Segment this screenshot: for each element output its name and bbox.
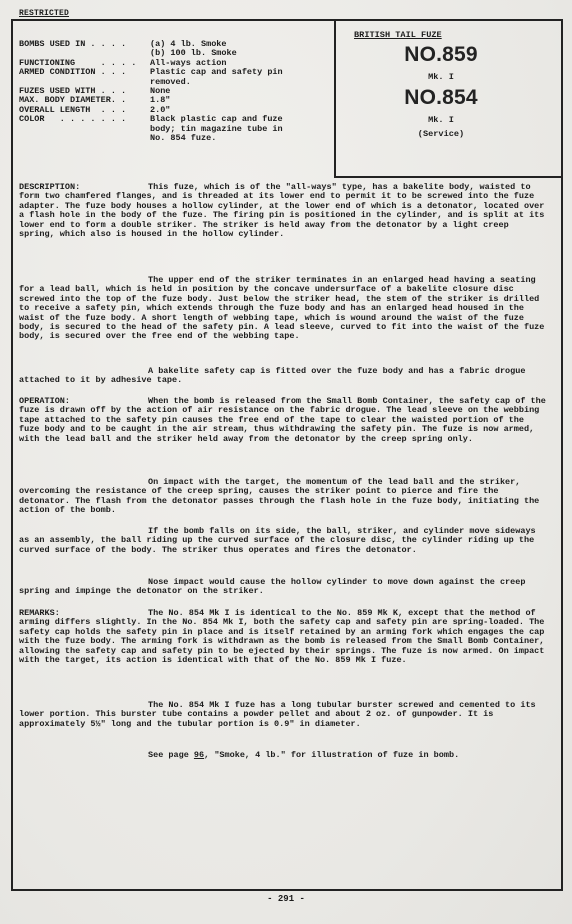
specifications-list: BOMBS USED IN . . . .(a) 4 lb. Smoke(b) …: [19, 40, 320, 143]
operation-paragraph-3: If the bomb falls on its side, the ball,…: [19, 527, 549, 555]
remarks-section: REMARKS: The No. 854 Mk I is identical t…: [19, 609, 549, 665]
page-number: - 291 -: [0, 894, 572, 904]
fuze-number-854: NO.854: [336, 86, 546, 110]
description-paragraph-2: The upper end of the striker terminates …: [19, 276, 549, 342]
description-section-cont2: A bakelite safety cap is fitted over the…: [19, 367, 549, 386]
page-reference-link[interactable]: 96: [194, 750, 204, 760]
remarks-label: REMARKS:: [19, 609, 60, 618]
description-section-cont: The upper end of the striker terminates …: [19, 276, 549, 342]
remarks-paragraph-2: The No. 854 Mk I fuze has a long tubular…: [19, 701, 549, 729]
spec-label: COLOR . . . . . . .: [19, 115, 150, 124]
spec-label: ARMED CONDITION . . .: [19, 68, 150, 77]
description-paragraph-3: A bakelite safety cap is fitted over the…: [19, 367, 549, 386]
operation-section-cont: On impact with the target, the momentum …: [19, 478, 549, 516]
spec-value: None: [150, 87, 320, 96]
title-box-heading: BRITISH TAIL FUZE: [354, 30, 442, 40]
description-paragraph-1: This fuze, which is of the "all-ways" ty…: [19, 183, 549, 239]
spec-value: No. 854 fuze.: [150, 134, 320, 143]
remarks-paragraph-1: The No. 854 Mk I is identical to the No.…: [19, 609, 549, 665]
fuze-mark-854: Mk. I: [336, 115, 546, 125]
see-suffix: , "Smoke, 4 lb." for illustration of fuz…: [204, 750, 459, 760]
title-box: BRITISH TAIL FUZE NO.859 Mk. I NO.854 Mk…: [334, 19, 563, 178]
see-also-line: See page 96, "Smoke, 4 lb." for illustra…: [19, 751, 549, 760]
operation-section-cont3: Nose impact would cause the hollow cylin…: [19, 578, 549, 597]
operation-paragraph-2: On impact with the target, the momentum …: [19, 478, 549, 516]
spec-value: removed.: [150, 78, 320, 87]
spec-row: No. 854 fuze.: [19, 134, 320, 143]
document-page: RESTRICTED BRITISH TAIL FUZE NO.859 Mk. …: [0, 0, 572, 924]
fuze-number-859: NO.859: [336, 43, 546, 67]
service-status: (Service): [336, 129, 546, 139]
spec-value: 1.8": [150, 96, 320, 105]
operation-label: OPERATION:: [19, 397, 70, 406]
fuze-mark-859: Mk. I: [336, 72, 546, 82]
remarks-section-cont: The No. 854 Mk I fuze has a long tubular…: [19, 701, 549, 729]
see-prefix: See page: [148, 750, 194, 760]
operation-section: OPERATION: When the bomb is released fro…: [19, 397, 549, 444]
description-label: DESCRIPTION:: [19, 183, 80, 192]
spec-label: [19, 125, 150, 134]
spec-label: BOMBS USED IN . . . .: [19, 40, 150, 49]
spec-label: [19, 134, 150, 143]
description-section: DESCRIPTION: This fuze, which is of the …: [19, 183, 549, 239]
operation-paragraph-4: Nose impact would cause the hollow cylin…: [19, 578, 549, 597]
operation-paragraph-1: When the bomb is released from the Small…: [19, 397, 549, 444]
classification-marking: RESTRICTED: [19, 9, 69, 18]
operation-section-cont2: If the bomb falls on its side, the ball,…: [19, 527, 549, 555]
